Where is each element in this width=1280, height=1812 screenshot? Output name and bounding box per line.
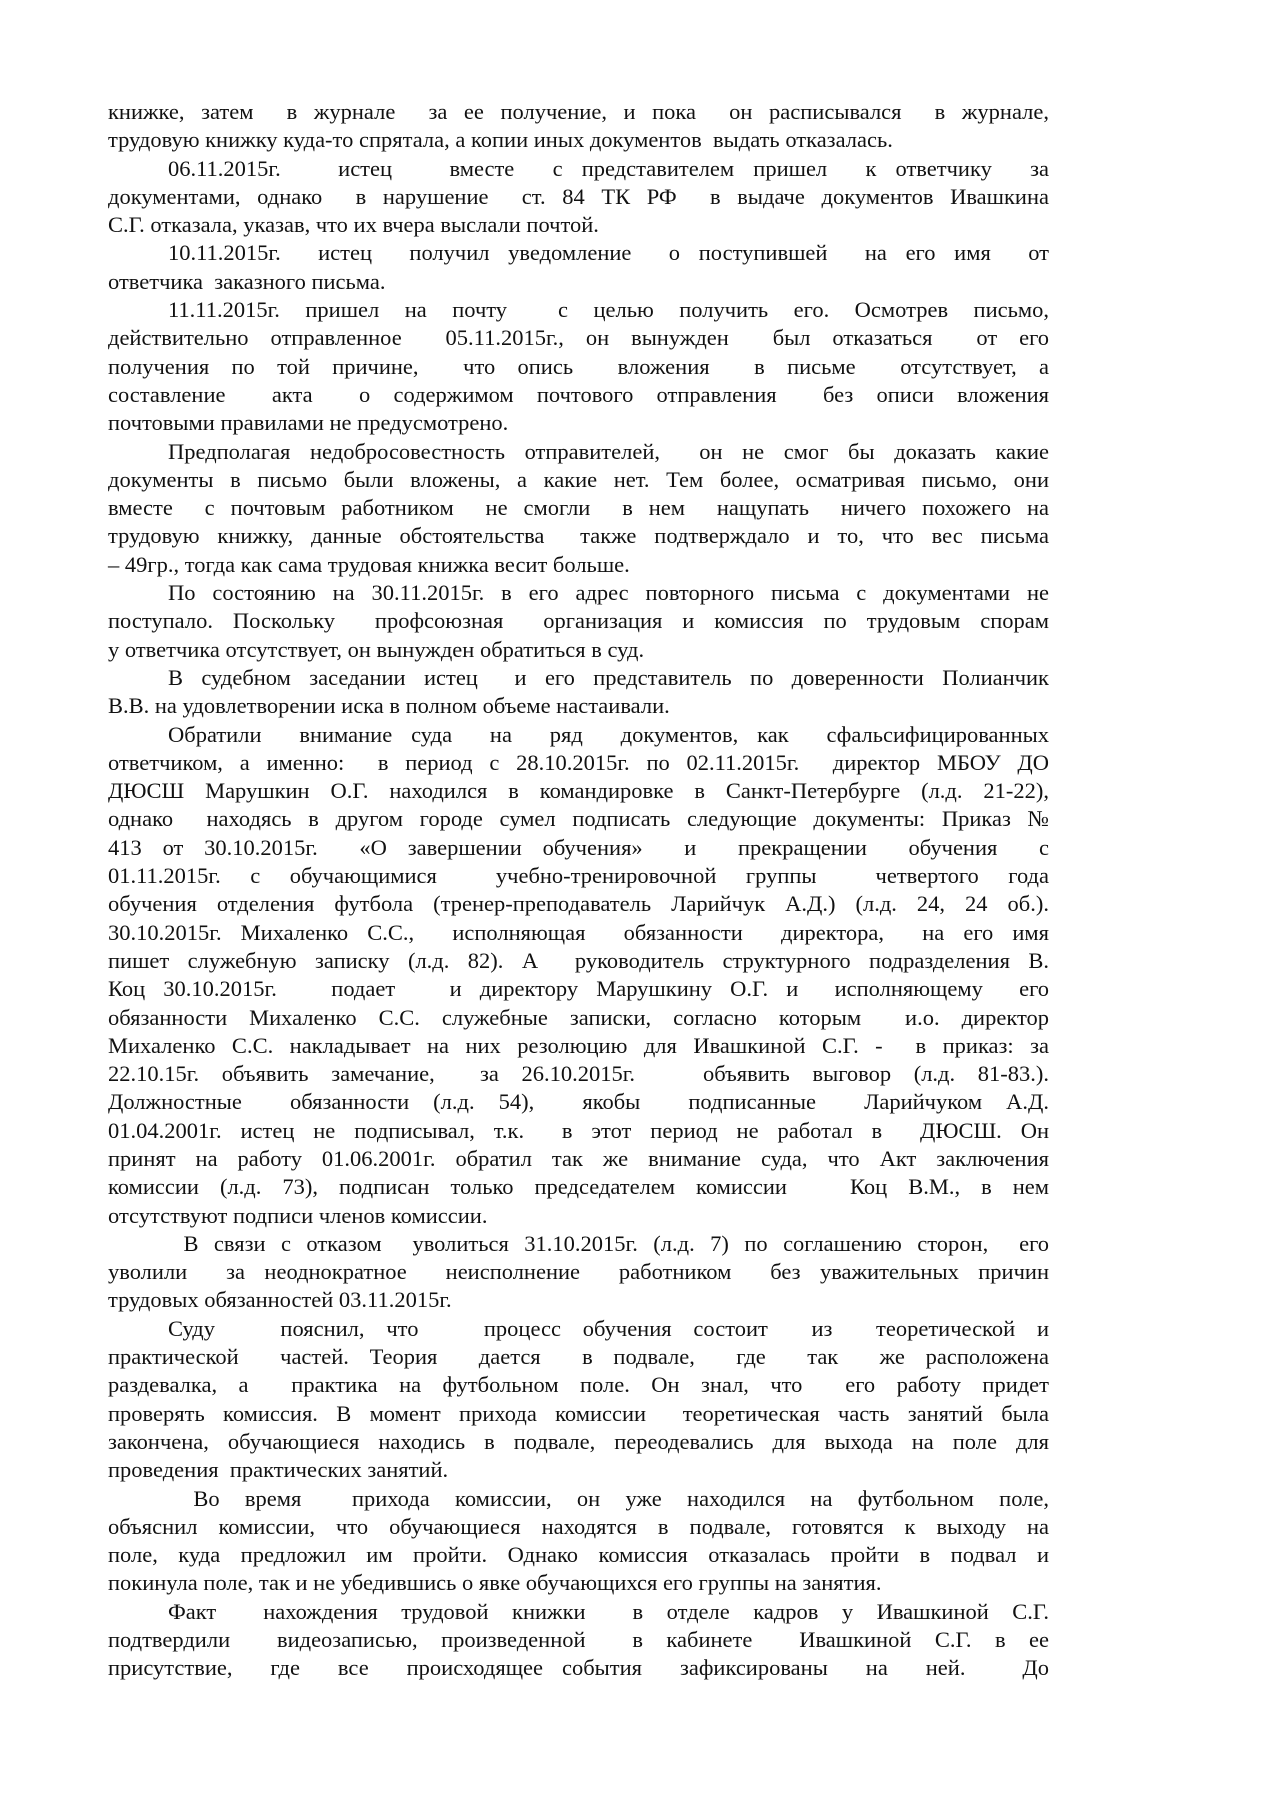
text-line: трудовую книжку, данные обстоятельства т… xyxy=(108,522,1049,550)
text-line: трудовую книжку куда-то спрятала, а копи… xyxy=(108,126,1049,154)
text-line: Факт нахождения трудовой книжки в отделе… xyxy=(108,1598,1049,1626)
document-page: книжке, затем в журнале за ее получение,… xyxy=(108,98,1049,1683)
text-line: В.В. на удовлетворении иска в полном объ… xyxy=(108,692,1049,720)
text-line: 06.11.2015г. истец вместе с представител… xyxy=(108,155,1049,183)
text-line: 10.11.2015г. истец получил уведомление о… xyxy=(108,239,1049,267)
text-line: вместе с почтовым работником не смогли в… xyxy=(108,494,1049,522)
text-line: действительно отправленное 05.11.2015г.,… xyxy=(108,324,1049,352)
text-line: комиссии (л.д. 73), подписан только пред… xyxy=(108,1173,1049,1201)
text-line: проведения практических занятий. xyxy=(108,1456,1049,1484)
text-line: Суду пояснил, что процесс обучения состо… xyxy=(108,1315,1049,1343)
text-line: пишет служебную записку (л.д. 82). А рук… xyxy=(108,947,1049,975)
text-line: составление акта о содержимом почтового … xyxy=(108,381,1049,409)
text-line: покинула поле, так и не убедившись о явк… xyxy=(108,1569,1049,1597)
text-line: 22.10.15г. объявить замечание, за 26.10.… xyxy=(108,1060,1049,1088)
text-line: Коц 30.10.2015г. подает и директору Мару… xyxy=(108,975,1049,1003)
text-line: Должностные обязанности (л.д. 54), якобы… xyxy=(108,1088,1049,1116)
text-line: В судебном заседании истец и его предста… xyxy=(108,664,1049,692)
text-line: обязанности Михаленко С.С. служебные зап… xyxy=(108,1004,1049,1032)
text-line: получения по той причине, что опись влож… xyxy=(108,353,1049,381)
text-line: трудовых обязанностей 03.11.2015г. xyxy=(108,1286,1049,1314)
text-line: поступало. Поскольку профсоюзная организ… xyxy=(108,607,1049,635)
text-line: Михаленко С.С. накладывает на них резолю… xyxy=(108,1032,1049,1060)
text-line: 11.11.2015г. пришел на почту с целью пол… xyxy=(108,296,1049,324)
text-line: подтвердили видеозаписью, произведенной … xyxy=(108,1626,1049,1654)
text-line: Обратили внимание суда на ряд документов… xyxy=(108,721,1049,749)
text-line: С.Г. отказала, указав, что их вчера высл… xyxy=(108,211,1049,239)
text-line: – 49гр., тогда как сама трудовая книжка … xyxy=(108,551,1049,579)
text-line: почтовыми правилами не предусмотрено. xyxy=(108,409,1049,437)
text-line: 413 от 30.10.2015г. «О завершении обучен… xyxy=(108,834,1049,862)
text-line: документы в письмо были вложены, а какие… xyxy=(108,466,1049,494)
text-line: принят на работу 01.06.2001г. обратил та… xyxy=(108,1145,1049,1173)
text-line: отсутствуют подписи членов комиссии. xyxy=(108,1202,1049,1230)
text-line: объяснил комиссии, что обучающиеся наход… xyxy=(108,1513,1049,1541)
text-line: Предполагая недобросовестность отправите… xyxy=(108,438,1049,466)
text-line: обучения отделения футбола (тренер-препо… xyxy=(108,890,1049,918)
text-line: поле, куда предложил им пройти. Однако к… xyxy=(108,1541,1049,1569)
text-line: практической частей. Теория дается в под… xyxy=(108,1343,1049,1371)
text-line: раздевалка, а практика на футбольном пол… xyxy=(108,1371,1049,1399)
text-line: уволили за неоднократное неисполнение ра… xyxy=(108,1258,1049,1286)
text-line: документами, однако в нарушение ст. 84 Т… xyxy=(108,183,1049,211)
text-line: закончена, обучающиеся находись в подвал… xyxy=(108,1428,1049,1456)
text-line: книжке, затем в журнале за ее получение,… xyxy=(108,98,1049,126)
text-line: однако находясь в другом городе сумел по… xyxy=(108,805,1049,833)
text-line: присутствие, где все происходящее событи… xyxy=(108,1654,1049,1682)
text-line: В связи с отказом уволиться 31.10.2015г.… xyxy=(108,1230,1049,1258)
text-line: ответчиком, а именно: в период с 28.10.2… xyxy=(108,749,1049,777)
text-line: проверять комиссия. В момент прихода ком… xyxy=(108,1400,1049,1428)
text-line: 01.11.2015г. с обучающимися учебно-трени… xyxy=(108,862,1049,890)
text-line: ДЮСШ Марушкин О.Г. находился в командиро… xyxy=(108,777,1049,805)
text-line: ответчика заказного письма. xyxy=(108,268,1049,296)
text-line: Во время прихода комиссии, он уже находи… xyxy=(108,1485,1049,1513)
text-line: у ответчика отсутствует, он вынужден обр… xyxy=(108,636,1049,664)
text-line: 01.04.2001г. истец не подписывал, т.к. в… xyxy=(108,1117,1049,1145)
text-line: 30.10.2015г. Михаленко С.С., исполняющая… xyxy=(108,919,1049,947)
text-line: По состоянию на 30.11.2015г. в его адрес… xyxy=(108,579,1049,607)
